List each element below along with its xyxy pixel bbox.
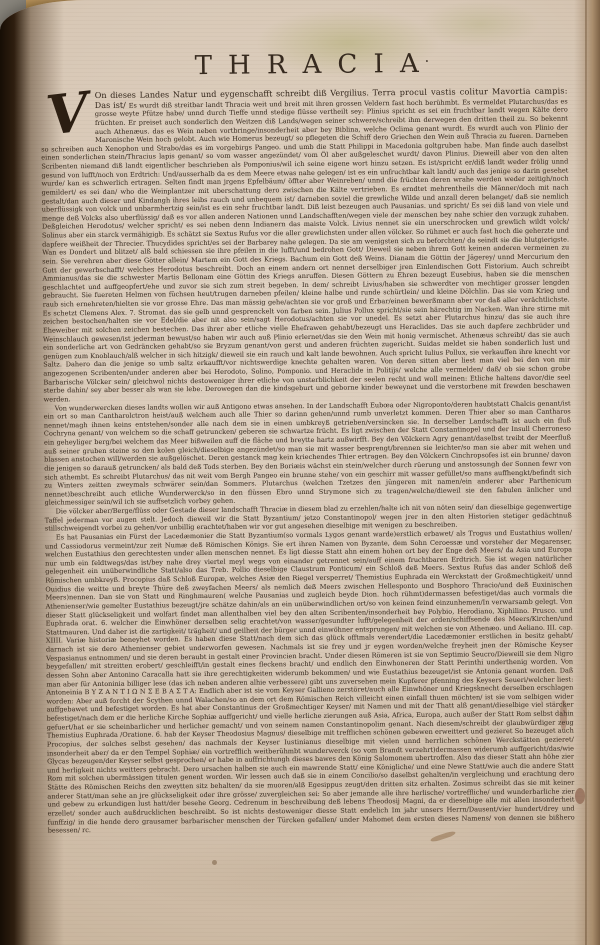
ink-speck [430,830,456,843]
green-stain-small [420,0,540,48]
title-text: THRACIA [194,49,434,81]
binding-gutter-shadow [0,0,64,945]
book-page: THRACIA· VOn dieses Landes Natur und eyg… [0,0,600,945]
opening-line: On dieses Landes Natur und eygenschafft … [95,87,373,100]
page-content: THRACIA· VOn dieses Landes Natur und eyg… [40,47,574,835]
paragraph-2: Von wunderwercken dieses landts wollen w… [44,399,572,508]
latin-quote: Terra procul vastis colitur Mavortia cam… [373,85,568,97]
paragraph-1-body: Es wurdt diß streitbar landt Thracia wei… [41,97,570,403]
title-ornament: · [425,54,430,70]
paragraph-1: VOn dieses Landes Natur und eygenschafft… [41,86,571,404]
body-text: VOn dieses Landes Natur und eygenschafft… [41,86,575,835]
page-title: THRACIA· [40,47,567,82]
paragraph-4: Es hat Pausanias ein Fürst der Lacedæmon… [45,528,575,835]
page-edge-shadow [574,0,600,945]
ink-speck [212,860,217,865]
opening-line-end: Das ist/ [95,99,129,109]
book-scan: THRACIA· VOn dieses Landes Natur und eyg… [0,0,600,945]
bottom-stain [120,840,500,910]
